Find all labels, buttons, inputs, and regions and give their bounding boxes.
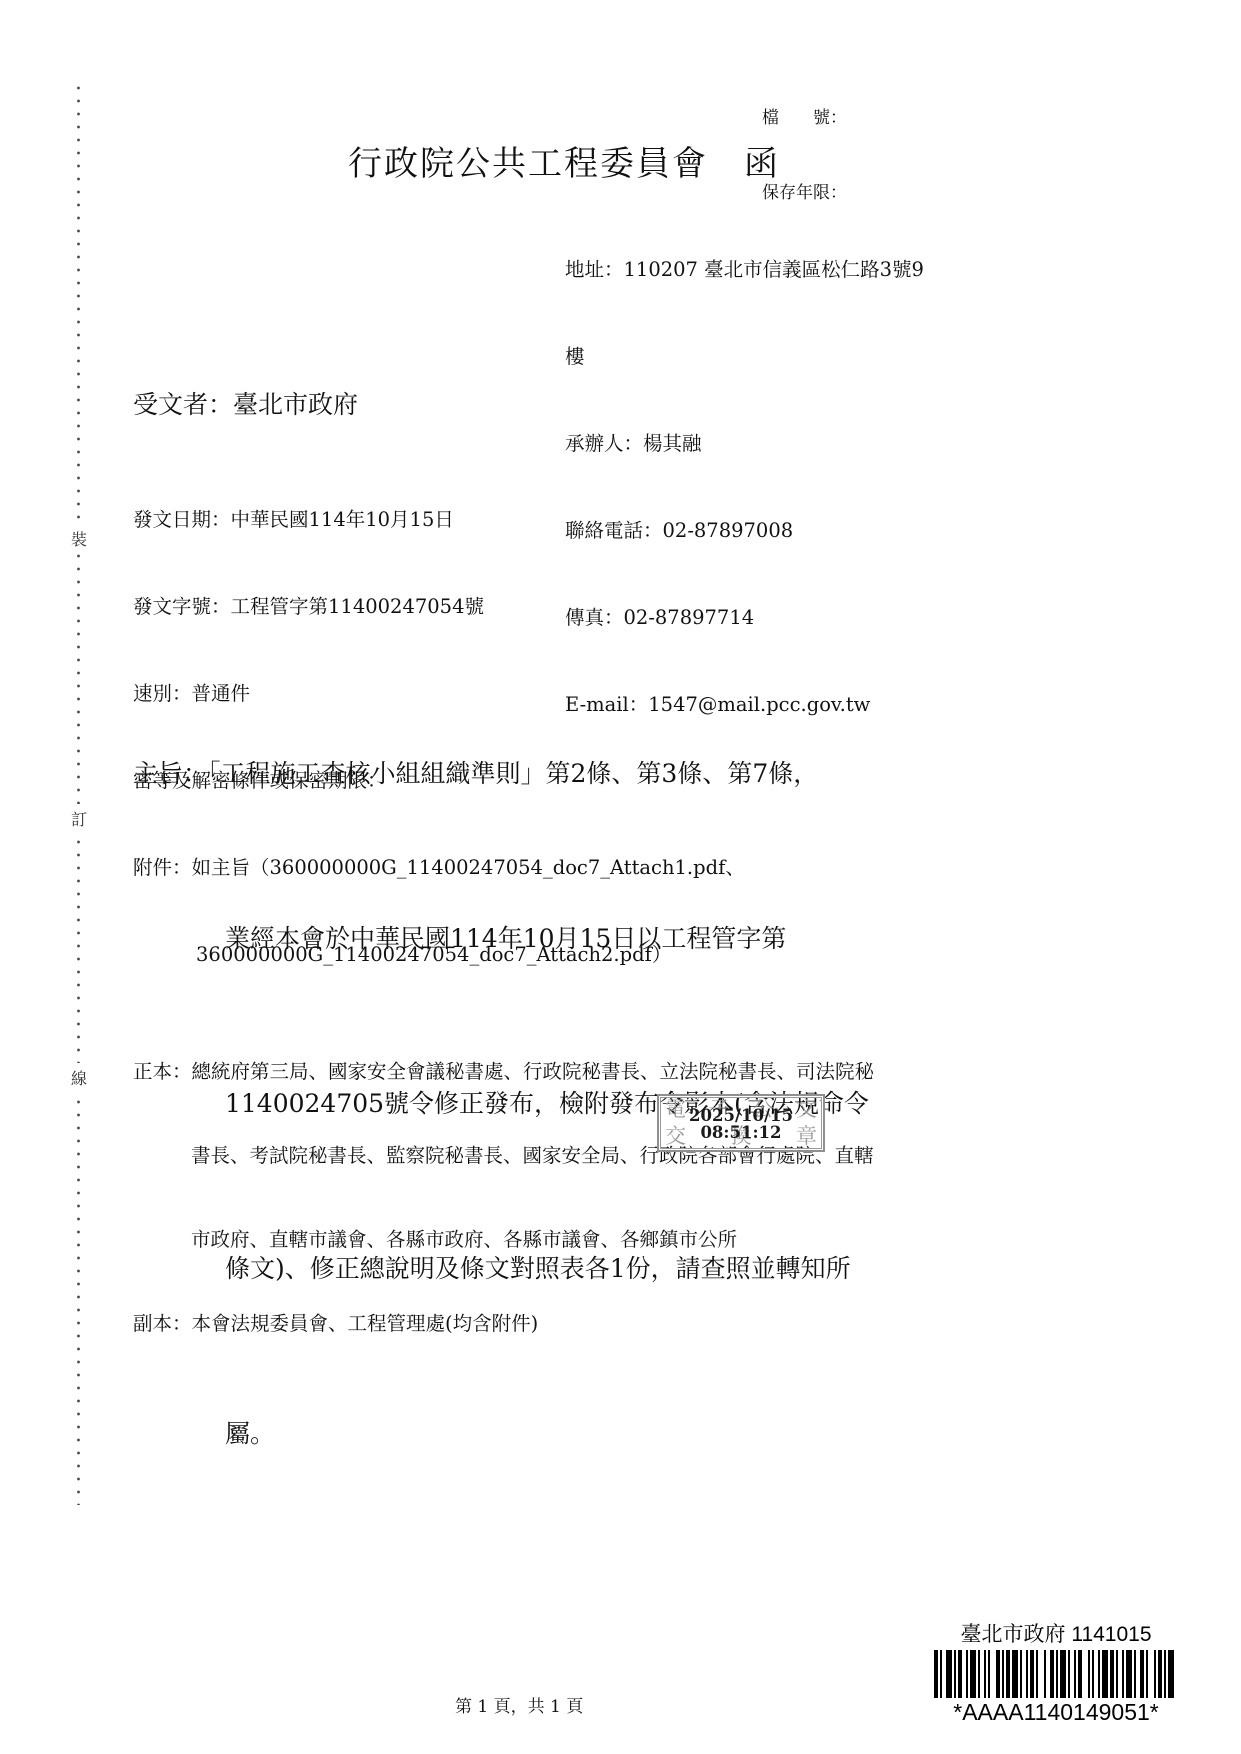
official-letter-page: 檔 號： 保存年限： 行政院公共工程委員會 函 地址：110207 臺北市信義區… [0, 0, 1241, 1754]
subject-line2: 業經本會於中華民國114年10月15日以工程管字第 [133, 911, 869, 966]
file-number-label: 檔 號： [762, 106, 847, 131]
barcode-top-label: 臺北市政府 1141015 [893, 1622, 1219, 1648]
copy-recipients-line: 副本：本會法規委員會、工程管理處(均含附件) [133, 1310, 874, 1338]
page-number-footer: 第 1 頁，共 1 頁 [455, 1692, 583, 1717]
distribution-block: 正本：總統府第三局、國家安全會議秘書處、行政院秘書長、立法院秘書長、司法院秘 書… [133, 1002, 874, 1394]
original-recipients-line1: 正本：總統府第三局、國家安全會議秘書處、行政院秘書長、立法院秘書長、司法院秘 [133, 1058, 874, 1086]
document-title: 行政院公共工程委員會 函 [348, 136, 780, 185]
subject-line5: 屬。 [133, 1406, 869, 1461]
binding-mark-xian: 線 [68, 1063, 90, 1092]
sender-address-line1: 地址：110207 臺北市信義區松仁路3號9 [565, 255, 924, 284]
electronic-exchange-stamp: 電子公文 交換章 2025/10/15 08:51:12 [657, 1094, 825, 1152]
recipient-line: 受文者：臺北市政府 [133, 385, 358, 421]
doc-number-line: 發文字號：工程管字第11400247054號 [133, 592, 745, 621]
stamp-time: 08:51:12 [659, 1124, 823, 1141]
subject-line1: 主旨：「工程施工查核小組組織準則」第2條、第3條、第7條， [133, 746, 869, 801]
original-recipients-line3: 市政府、直轄市議會、各縣市政府、各縣市議會、各鄉鎮市公所 [133, 1226, 874, 1254]
binding-mark-ding: 訂 [68, 804, 90, 833]
sender-address-line2: 樓 [565, 342, 924, 371]
binding-dotted-line [76, 85, 81, 1505]
issue-date-line: 發文日期：中華民國114年10月15日 [133, 505, 745, 534]
barcode-image [893, 1650, 1219, 1698]
binding-mark-zhuang: 裝 [68, 524, 90, 553]
barcode-block: 臺北市政府 1141015 *AAAA1140149051* [893, 1622, 1219, 1725]
barcode-bottom-label: *AAAA1140149051* [893, 1699, 1219, 1725]
stamp-date: 2025/10/15 [659, 1107, 823, 1124]
